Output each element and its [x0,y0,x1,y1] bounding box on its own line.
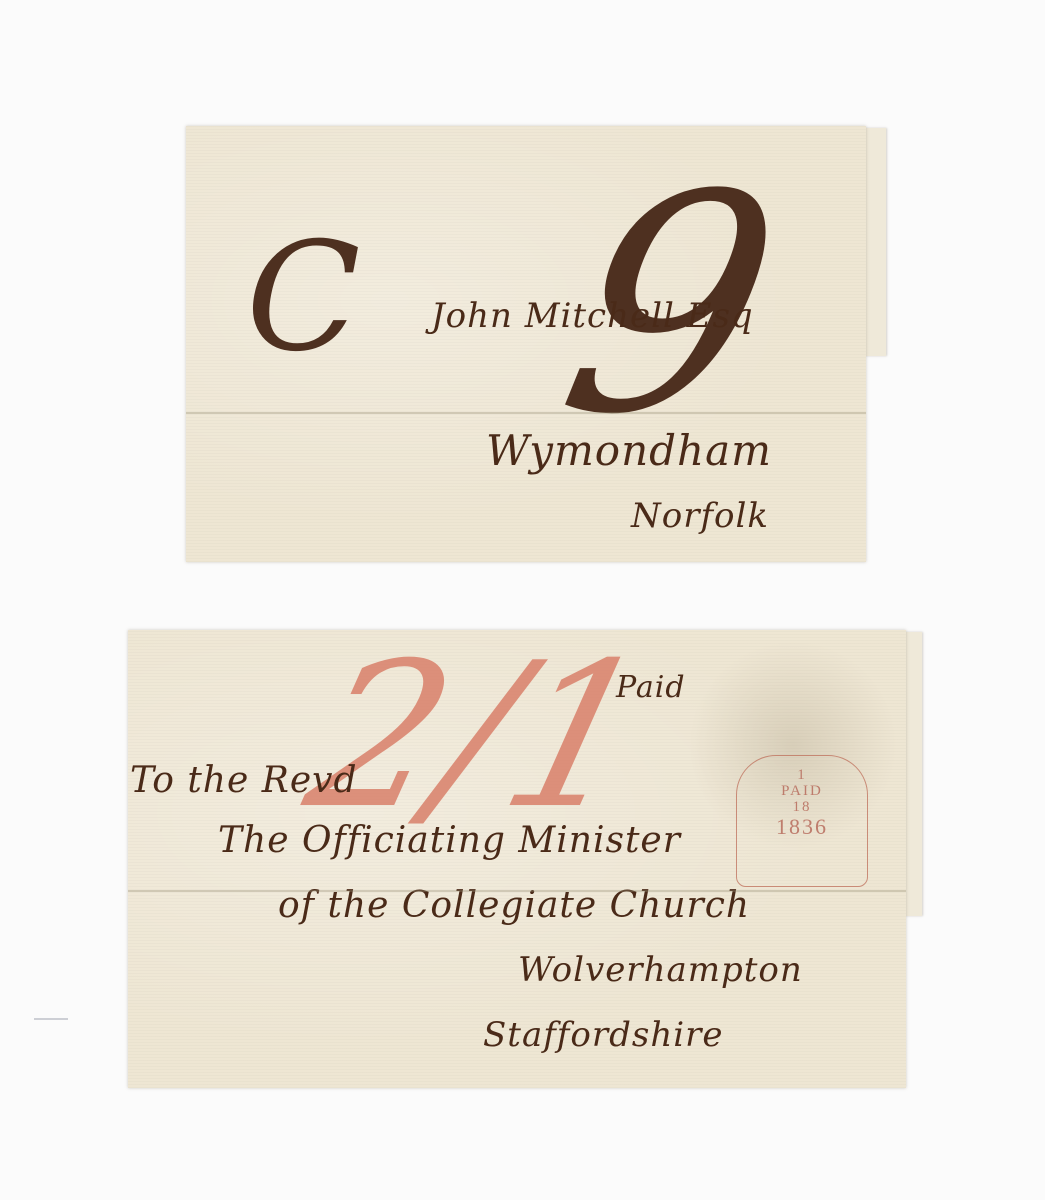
bottom-cover-county: Staffordshire [483,1015,723,1055]
postmark-year: 1836 [737,815,867,838]
top-cover-county: Norfolk [631,496,769,536]
top-cover-large-c-mark: C [246,211,361,385]
top-cover-addressee: John Mitchell Esq [431,296,754,336]
top-cover-side-flap [864,128,886,356]
postmark-month: 18 [737,800,867,816]
bottom-cover: 2/1 Paid To the Revd The Officiating Min… [128,630,906,1088]
top-cover-fold-line [186,412,866,414]
top-cover: C 9 John Mitchell Esq Wymondham Norfolk [186,126,866,562]
bottom-cover-salutation: To the Revd [130,760,358,801]
postmark-paid: PAID [737,784,867,800]
bottom-cover-paid-note: Paid [616,670,686,705]
postmark-day: 1 [737,768,867,784]
bottom-cover-red-rate-mark: 2/1 [289,620,669,853]
bottom-cover-side-flap [904,632,922,916]
stray-mark [34,1018,68,1020]
bottom-cover-addressee: The Officiating Minister [218,820,681,861]
paid-postmark: 1 PAID 18 1836 [736,755,868,887]
top-cover-town: Wymondham [486,426,772,475]
bottom-cover-town: Wolverhampton [518,950,803,990]
bottom-cover-fold-line [128,890,906,892]
